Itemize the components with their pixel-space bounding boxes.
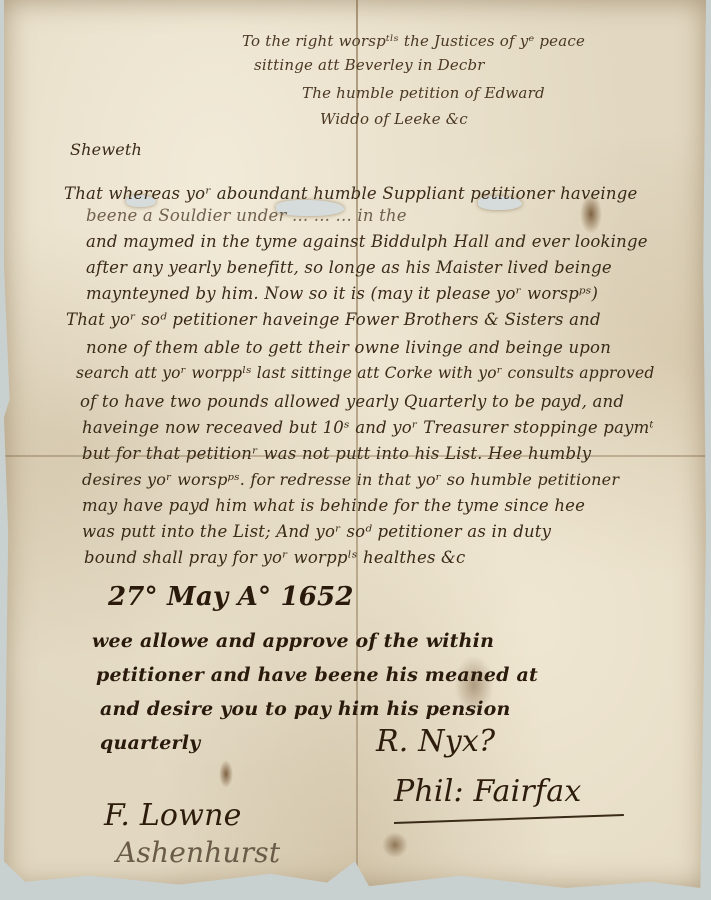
address-line-3: The humble petition of Edward [302,84,545,102]
body-line: of to have two pounds allowed yearly Qua… [80,392,624,411]
body-line: search att yoʳ worppˡˢ last sittinge att… [76,364,655,382]
body-line: but for that petitionʳ was not putt into… [82,444,591,463]
address-line-2: sittinge att Beverley in Decbr [254,56,485,74]
signature: R. Nyx? [376,724,495,759]
manuscript-page: To the right worspᵗˡˢ the Justices of yᵉ… [4,0,706,888]
order-date: 27° May A° 1652 [108,582,354,612]
signature: Ashenhurst [116,836,280,869]
address-line-1: To the right worspᵗˡˢ the Justices of yᵉ… [242,32,585,50]
body-line: after any yearly benefitt, so longe as h… [86,258,612,277]
body-line: bound shall pray for yoʳ worppˡˢ healthe… [84,548,465,567]
body-line: That yoʳ soᵈ petitioner haveinge Fower B… [66,310,601,329]
signature: F. Lowne [104,798,242,833]
order-line: petitioner and have beene his meaned at [96,664,538,686]
ink-stain [219,760,233,788]
signature: Phil: Fairfax [394,774,581,809]
body-line: That whereas yoʳ aboundant humble Suppli… [64,184,637,203]
order-line: wee allowe and approve of the within [92,630,494,652]
address-line-4: Widdo of Leeke &c [320,110,468,128]
signature-underline [394,814,624,824]
body-line: and maymed in the tyme against Biddulph … [86,232,648,251]
body-line: haveinge now receaved but 10ˢ and yoʳ Tr… [82,418,654,437]
salutation: Sheweth [70,140,142,159]
body-line: may have payd him what is behinde for th… [82,496,585,515]
order-line: quarterly [100,732,200,754]
order-line: and desire you to pay him his pension [100,698,511,720]
body-line: desires yoʳ worspᵖˢ. for redresse in tha… [82,470,619,489]
ink-stain [382,832,408,858]
body-line: was putt into the List; And yoʳ soᵈ peti… [82,522,551,541]
body-line: none of them able to gett their owne liv… [86,338,611,357]
body-line: maynteyned by him. Now so it is (may it … [86,284,598,303]
body-line: beene a Souldier under ... ... ... in th… [86,206,407,225]
